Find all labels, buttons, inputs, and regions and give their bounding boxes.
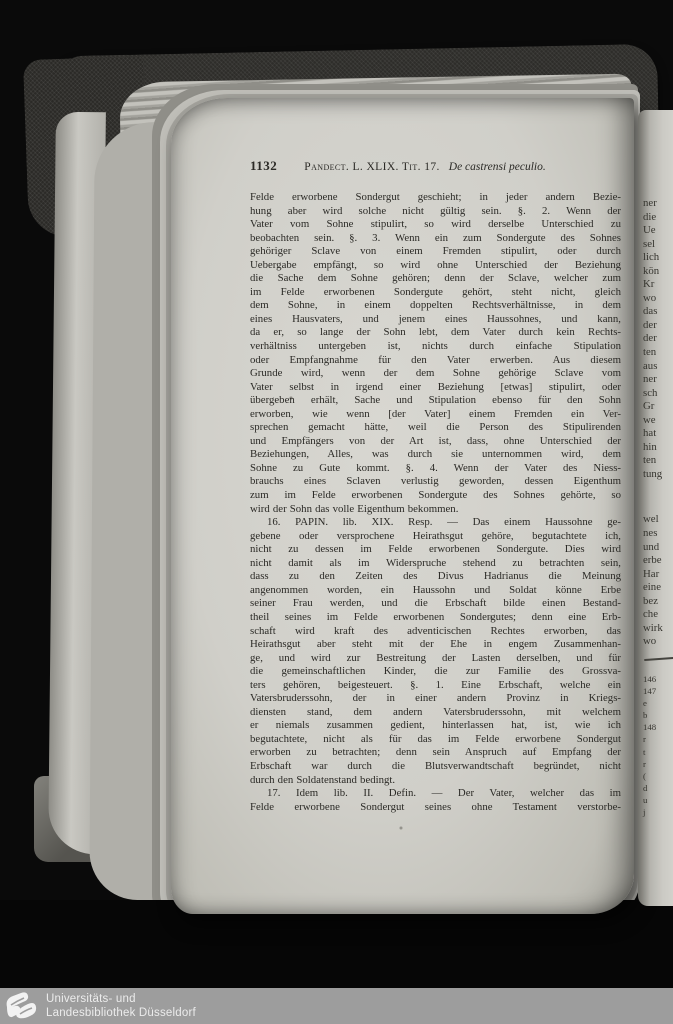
text-fragment: sch [643,387,673,401]
text-line: die gemeinschaftlichen Kinder, die zur F… [250,665,621,679]
text-line: nicht damit als im Widerspruche stehend … [250,557,621,571]
text-fragment: eine [643,581,673,595]
footnote-fragment: u [638,794,673,806]
text-fragment: das [643,305,673,319]
text-column: 1132 Pandect. L. XLIX. Tit. 17. De castr… [250,158,621,814]
text-fragment: lich [643,251,673,265]
text-line: wird der Sohn das volle Eigenthum bekomm… [250,503,621,517]
text-line: begutachtete, nicht als für das im Felde… [250,733,621,747]
text-fragment: we [643,414,673,428]
text-fragment: hat [643,427,673,441]
watermark-text: Universitäts- und Landesbibliothek Düsse… [46,992,196,1021]
text-line: Erbschaft war durch die Blutsverwandtsch… [250,760,621,774]
footnote-fragment: r [638,758,673,770]
text-line: seiner Frau werden, und die Erbschaft bi… [250,597,621,611]
text-line: 16. PAPIN. lib. XIX. Resp. — Das einem H… [250,516,621,530]
left-page: 1132 Pandect. L. XLIX. Tit. 17. De castr… [171,98,634,914]
text-fragment: nes [643,527,673,541]
text-fragment: Gr [643,400,673,414]
right-page-sliver: nerdieUesellichkönKrwodasderdertenausner… [638,110,673,906]
footnote-fragment: t [638,746,673,758]
footnote-fragment: 148 [638,721,673,733]
right-page-footnotes: 146147eb148rtr(duj [638,673,673,818]
text-fragment: ner [643,373,673,387]
text-line: er niemals zusammen gedient, hinterlasse… [250,719,621,733]
text-fragment: erbe [643,554,673,568]
page-number: 1132 [250,158,277,174]
running-title-italic: De castrensi peculio. [449,161,546,173]
text-fragment: Kr [643,278,673,292]
text-line: Uebergabe empfängt, so wird ohne Untersc… [250,259,621,273]
text-line: eines Hausvaters, und jenem eines Hausso… [250,313,621,327]
text-line: beobachten sein. §. 3. Wenn ein zum Sond… [250,232,621,246]
text-fragment: hin [643,441,673,455]
text-fragment: ten [643,346,673,360]
text-line: Heirathsgut aber steht mit der Ehe in en… [250,638,621,652]
footnote-fragment: b [638,709,673,721]
running-title: Pandect. L. XLIX. Tit. 17. [304,161,439,173]
text-fragment: sel [643,238,673,252]
text-line: gehöriger Sclave von einem Fremden stipu… [250,245,621,259]
text-line: Vater selbst in irgend einer Beziehung [… [250,381,621,395]
text-fragment: der [643,332,673,346]
text-fragment: kön [643,265,673,279]
text-line: Felde erworbene Sondergut geschieht; in … [250,191,621,205]
text-fragment: wo [643,635,673,649]
footnote-rule [644,657,673,661]
text-line: und Empfängers von der Art ist, dass, oh… [250,435,621,449]
text-line: erworben, wie wenn [der Vater] einem Fre… [250,408,621,422]
text-line: Beziehungen, Alles, was durch sie untern… [250,448,621,462]
footnote-fragment: r [638,733,673,745]
text-fragment: Ue [643,224,673,238]
text-line: Vater vom Sohne stipulirt, so wird derse… [250,218,621,232]
footnote-fragment: ( [638,770,673,782]
text-line: brauchs eines Sclaven verlustig geworden… [250,475,621,489]
text-line: übergeben erhält, Sache und Stipulation … [250,394,621,408]
watermark-line-2: Landesbibliothek Düsseldorf [46,1006,196,1021]
book-photo: 1132 Pandect. L. XLIX. Tit. 17. De castr… [0,0,673,1024]
text-line: sprechen gemacht hätte, weil die Person … [250,421,621,435]
footnote-fragment: 146 [638,673,673,685]
footnote-fragment: e [638,697,673,709]
text-line: dass zu den Zeiten des Divus Hadrianus d… [250,570,621,584]
text-line: da er, so lange der Sohn lebt, dem Vater… [250,326,621,340]
text-fragment: Har [643,568,673,582]
text-fragment: tung [643,468,673,482]
text-fragment: ner [643,197,673,211]
footnote-fragment: 147 [638,685,673,697]
text-line: zum im Felde erworbenen Sondergute des S… [250,489,621,503]
text-fragment: bez [643,595,673,609]
right-page-column-2: welnesunderbeHareinebezchewirkwo [638,513,673,648]
text-fragment: und [643,541,673,555]
text-line: ters gehören, beigesteuert. §. 1. Eine E… [250,679,621,693]
text-line: hung aber wird solche nicht gültig sein.… [250,205,621,219]
text-line: oder Empfangnahme für den Vater erwerben… [250,354,621,368]
footnote-fragment: j [638,806,673,818]
text-fragment: wel [643,513,673,527]
text-line: die Sache dem Sohne gehören; denn der Sc… [250,272,621,286]
text-line: Grunde wird, wenn der dem Sohne gehörige… [250,367,621,381]
page-header: 1132 Pandect. L. XLIX. Tit. 17. De castr… [250,158,621,174]
text-fragment: wirk [643,622,673,636]
text-line: erworben zu betrachten; denn sein Anspru… [250,746,621,760]
text-line: angenommen worden, ein Haussohn und Sold… [250,584,621,598]
ulb-duesseldorf-logo-icon [4,991,38,1021]
text-line: dem Sohne, in einem doppelten Rechtsverh… [250,299,621,313]
text-line: nicht zu dessen im Felde erworbenen Sond… [250,543,621,557]
right-page-column-1: nerdieUesellichkönKrwodasderdertenausner… [638,197,673,481]
text-line: Felde erworbene Sondergut seines ohne Te… [250,801,621,815]
text-line: diensten stand, dem andern Vatersbruders… [250,706,621,720]
text-fragment: che [643,608,673,622]
text-line: im Felde erworbenen Sondergute gehört, s… [250,286,621,300]
text-line: 17. Idem lib. II. Defin. — Der Vater, we… [250,787,621,801]
text-line: gebene oder versprochene Heirathsgut geh… [250,530,621,544]
watermark-bar: Universitäts- und Landesbibliothek Düsse… [0,988,673,1024]
text-line: Vatersbruderssohn, der in einer andern P… [250,692,621,706]
text-fragment: wo [643,292,673,306]
body-text: Felde erworbene Sondergut geschieht; in … [250,191,621,814]
watermark-line-1: Universitäts- und [46,992,196,1007]
text-fragment: aus [643,360,673,374]
text-line: verhältniss untergeben ist, nichts durch… [250,340,621,354]
text-line: durch den Soldatenstand bedingt. [250,774,621,788]
text-fragment: ten [643,454,673,468]
text-fragment: der [643,319,673,333]
text-fragment: die [643,211,673,225]
text-line: ge, und wird zur Bestreitung der Lasten … [250,652,621,666]
text-line: schaft wird kraft des adventicischen Rec… [250,625,621,639]
text-line: theil seines im Felde erworbenen Sonderg… [250,611,621,625]
text-line: Sohne zu Gute kommt. §. 4. Wenn der Vate… [250,462,621,476]
footnote-fragment: d [638,782,673,794]
